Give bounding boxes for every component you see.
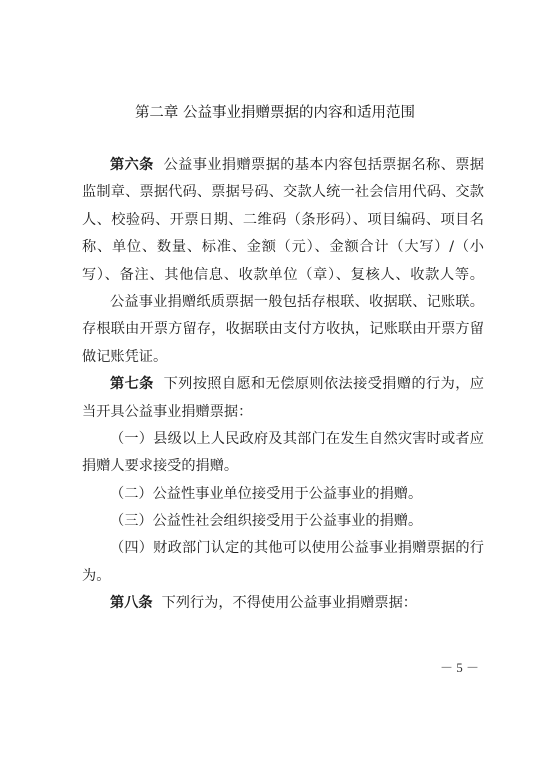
article7-item3: （三）公益性社会组织接受用于公益事业的捐赠。: [82, 508, 484, 535]
article7-item1-line2: 捐赠人要求接受的捐赠。: [82, 453, 484, 480]
page-number: － 5 －: [440, 657, 479, 676]
article7-item4-line1: （四）财政部门认定的其他可以使用公益事业捐赠票据的行: [82, 535, 484, 562]
article6-para2-line3: 做记账凭证。: [82, 344, 484, 371]
article6-line5: 写）、备注、其他信息、收款单位（章）、复核人、收款人等。: [82, 262, 484, 289]
article7-line1: 第七条 下列按照自愿和无偿原则依法接受捐赠的行为，应: [82, 371, 484, 398]
article6-label: 第六条: [110, 157, 154, 173]
chapter-title: 第二章 公益事业捐赠票据的内容和适用范围: [0, 101, 550, 122]
article7-label: 第七条: [110, 376, 154, 392]
article6-line2: 监制章、票据代码、票据号码、交款人统一社会信用代码、交款: [82, 179, 484, 206]
article6-para2-line2: 存根联由开票方留存，收据联由支付方收执，记账联由开票方留: [82, 316, 484, 343]
article6-text: 公益事业捐赠票据的基本内容包括票据名称、票据: [164, 157, 484, 173]
article6-line1: 第六条 公益事业捐赠票据的基本内容包括票据名称、票据: [82, 152, 484, 179]
article7-item4-line2: 为。: [82, 563, 484, 590]
article7-line2: 当开具公益事业捐赠票据：: [82, 399, 484, 426]
article8-label: 第八条: [110, 595, 153, 611]
article8-text: 下列行为，不得使用公益事业捐赠票据：: [162, 595, 417, 611]
document-body: 第六条 公益事业捐赠票据的基本内容包括票据名称、票据 监制章、票据代码、票据号码…: [82, 152, 484, 618]
article6-line3: 人、校验码、开票日期、二维码（条形码）、项目编码、项目名: [82, 207, 484, 234]
article8-line1: 第八条 下列行为，不得使用公益事业捐赠票据：: [82, 590, 484, 617]
article6-line4: 称、单位、数量、标准、金额（元）、金额合计（大写）/（小: [82, 234, 484, 261]
article7-item2: （二）公益性事业单位接受用于公益事业的捐赠。: [82, 481, 484, 508]
article6-para2-line1: 公益事业捐赠纸质票据一般包括存根联、收据联、记账联。: [82, 289, 484, 316]
article7-text: 下列按照自愿和无偿原则依法接受捐赠的行为，应: [164, 376, 484, 392]
article7-item1-line1: （一）县级以上人民政府及其部门在发生自然灾害时或者应: [82, 426, 484, 453]
